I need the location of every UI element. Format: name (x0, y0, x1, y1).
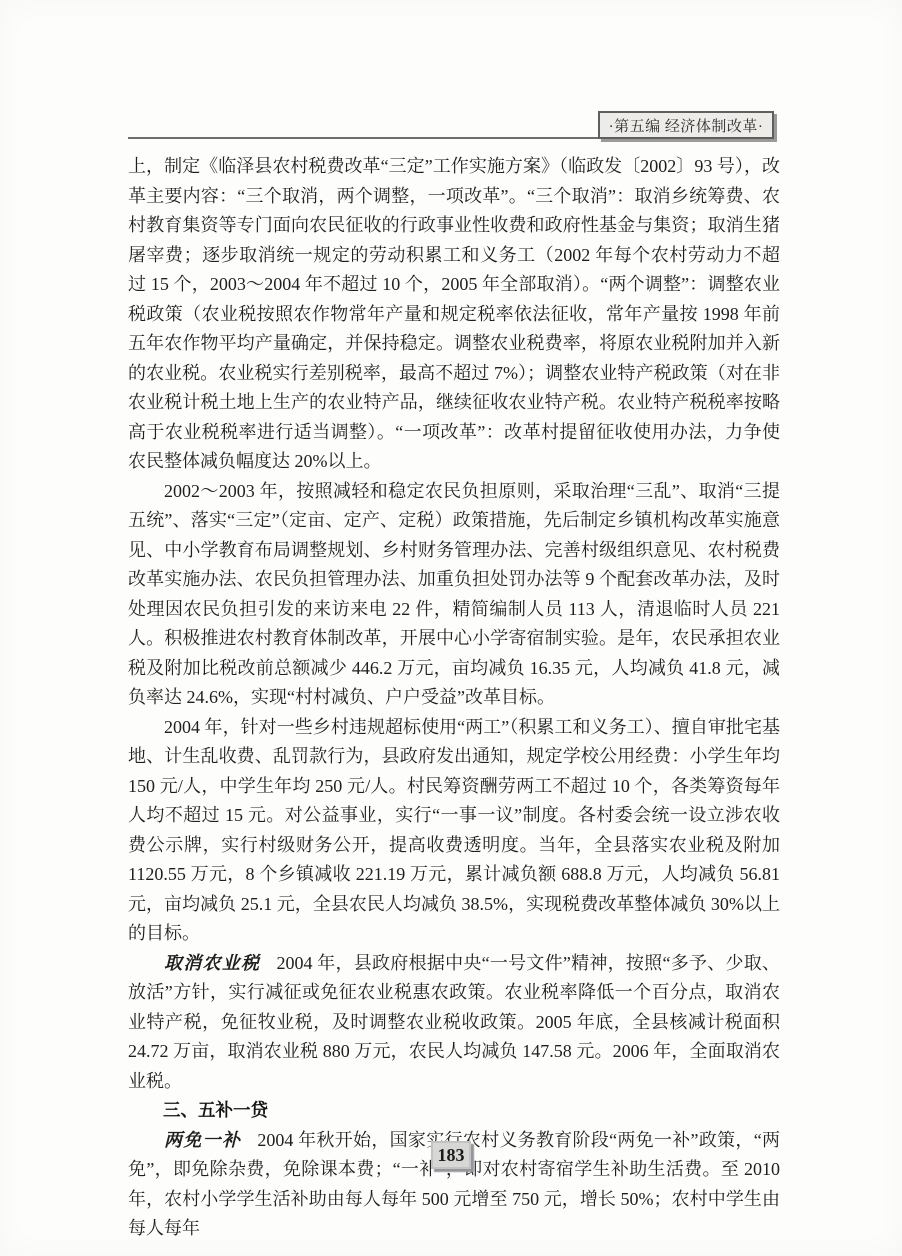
page-body-text: 上，制定《临泽县农村税费改革“三定”工作实施方案》（临政发〔2002〕93 号）… (128, 152, 780, 1244)
page-number-box: 183 (431, 1141, 471, 1169)
paragraph-tax-reform-plan: 上，制定《临泽县农村税费改革“三定”工作实施方案》（临政发〔2002〕93 号）… (128, 152, 780, 477)
entry-body-abolish-agricultural-tax: 2004 年，县政府根据中央“一号文件”精神，按照“多予、少取、放活”方针，实行… (128, 953, 780, 1091)
book-page: ·第五编 经济体制改革· 上，制定《临泽县农村税费改革“三定”工作实施方案》（临… (0, 0, 902, 1256)
paragraph-abolish-agricultural-tax: 取消农业税2004 年，县政府根据中央“一号文件”精神，按照“多予、少取、放活”… (128, 949, 780, 1097)
entry-term-abolish-agricultural-tax: 取消农业税 (164, 953, 277, 973)
entry-term-two-exemptions-one-subsidy: 两免一补 (164, 1130, 257, 1150)
page-number: 183 (438, 1145, 465, 1166)
section-header-label: ·第五编 经济体制改革· (609, 115, 764, 136)
section-header-box: ·第五编 经济体制改革· (598, 111, 774, 139)
header-rule (128, 137, 602, 139)
paragraph-2002-2003-measures: 2002～2003 年，按照减轻和稳定农民负担原则，采取治理“三乱”、取消“三提… (128, 477, 780, 713)
paragraph-2004-notice: 2004 年，针对一些乡村违规超标使用“两工”（积累工和义务工）、擅自审批宅基地… (128, 713, 780, 949)
section-heading-five-subsidies-one-loan: 三、五补一贷 (128, 1096, 780, 1126)
